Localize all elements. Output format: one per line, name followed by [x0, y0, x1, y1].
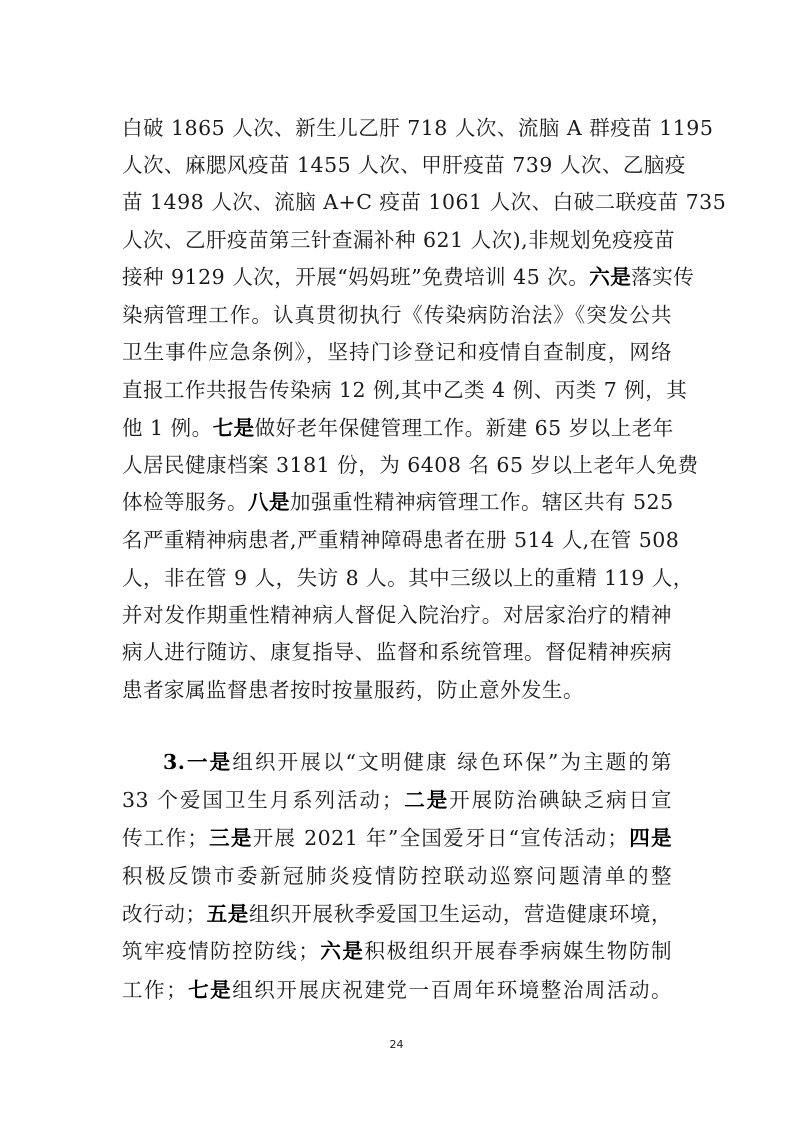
emphasis-label: 五是	[206, 902, 248, 926]
text-line: 体检等服务。八是加强重性精神病管理工作。辖区共有 525	[122, 487, 672, 517]
emphasis-label: 二是	[403, 788, 449, 812]
text-run: 他 1 例。	[122, 416, 213, 440]
text-line: 人，非在管 9 人，失访 8 人。其中三级以上的重精 119 人，	[122, 563, 672, 593]
text-line: 积极反馈市委新冠肺炎疫情防控联动巡察问题清单的整	[122, 861, 672, 891]
text-line: 人次、乙肝疫苗第三针查漏补种 621 人次),非规划免疫疫苗	[122, 225, 672, 255]
text-run: 改行动；	[122, 902, 206, 926]
text-line: 名严重精神病患者,严重精神障碍患者在册 514 人,在管 508	[122, 525, 672, 555]
text-line: 他 1 例。七是做好老年保健管理工作。新建 65 岁以上老年	[122, 413, 672, 443]
emphasis-label: 七是	[213, 416, 255, 440]
emphasis-label: 三是	[208, 826, 252, 850]
text-line: 白破 1865 人次、新生儿乙肝 718 人次、流脑 A 群疫苗 1195	[122, 113, 672, 143]
text-run: 组织开展以“文明健康 绿色环保”为主题的第	[232, 750, 672, 774]
text-line: 改行动；五是组织开展秋季爱国卫生运动，营造健康环境，	[122, 899, 672, 929]
text-line: 苗 1498 人次、流脑 A+C 疫苗 1061 人次、白破二联疫苗 735	[122, 187, 672, 217]
text-line: 传工作；三是开展 2021 年”全国爱牙日“宣传活动；四是	[122, 823, 672, 853]
text-run: 积极组织开展春季病媒生物防制	[364, 939, 672, 963]
text-line: 并对发作期重性精神病人督促入院治疗。对居家治疗的精神	[122, 600, 672, 630]
text-run: 传工作；	[122, 826, 208, 850]
text-run: 组织开展庆祝建党一百周年环境整治周活动。	[232, 978, 672, 1002]
text-line: 3.一是组织开展以“文明健康 绿色环保”为主题的第	[163, 747, 672, 777]
text-run: 体检等服务。	[122, 490, 248, 514]
text-line: 人居民健康档案 3181 份，为 6408 名 65 岁以上老年人免费	[122, 450, 672, 480]
emphasis-label: 七是	[187, 978, 232, 1002]
emphasis-label: 六是	[319, 939, 364, 963]
text-line: 直报工作共报告传染病 12 例,其中乙类 4 例、丙类 7 例，其	[122, 375, 672, 405]
emphasis-label: 六是	[589, 265, 631, 289]
text-run: 接种 9129 人次，开展“妈妈班”免费培训 45 次。	[122, 265, 589, 289]
text-line: 工作；七是组织开展庆祝建党一百周年环境整治周活动。	[122, 975, 672, 1005]
text-run: 落实传	[631, 265, 694, 289]
text-line: 筑牢疫情防控防线；六是积极组织开展春季病媒生物防制	[122, 936, 672, 966]
text-run: 组织开展秋季爱国卫生运动，营造健康环境，	[249, 902, 672, 926]
text-line: 接种 9129 人次，开展“妈妈班”免费培训 45 次。六是落实传	[122, 262, 672, 292]
text-run: 筑牢疫情防控防线；	[122, 939, 319, 963]
emphasis-label: 八是	[248, 490, 290, 514]
text-run: 工作；	[122, 978, 187, 1002]
text-line: 染病管理工作。认真贯彻执行《传染病防治法》《突发公共	[122, 300, 672, 330]
text-run: 开展 2021 年”全国爱牙日“宣传活动；	[253, 826, 629, 850]
text-run: 做好老年保健管理工作。新建 65 岁以上老年	[255, 416, 674, 440]
emphasis-label: 3.一是	[163, 750, 232, 774]
text-line: 卫生事件应急条例》，坚持门诊登记和疫情自查制度，网络	[122, 337, 672, 367]
text-line: 人次、麻腮风疫苗 1455 人次、甲肝疫苗 739 人次、乙脑疫	[122, 150, 672, 180]
text-line: 33 个爱国卫生月系列活动；二是开展防治碘缺乏病日宣	[122, 785, 672, 815]
page-number: 24	[0, 1038, 793, 1051]
text-line: 患者家属监督患者按时按量服药，防止意外发生。	[122, 675, 672, 705]
text-line: 病人进行随访、康复指导、监督和系统管理。督促精神疾病	[122, 637, 672, 667]
document-page: 白破 1865 人次、新生儿乙肝 718 人次、流脑 A 群疫苗 1195 人次…	[0, 0, 793, 1122]
text-run: 33 个爱国卫生月系列活动；	[122, 788, 403, 812]
text-run: 开展防治碘缺乏病日宣	[449, 788, 672, 812]
emphasis-label: 四是	[628, 826, 672, 850]
text-run: 加强重性精神病管理工作。辖区共有 525	[290, 490, 674, 514]
